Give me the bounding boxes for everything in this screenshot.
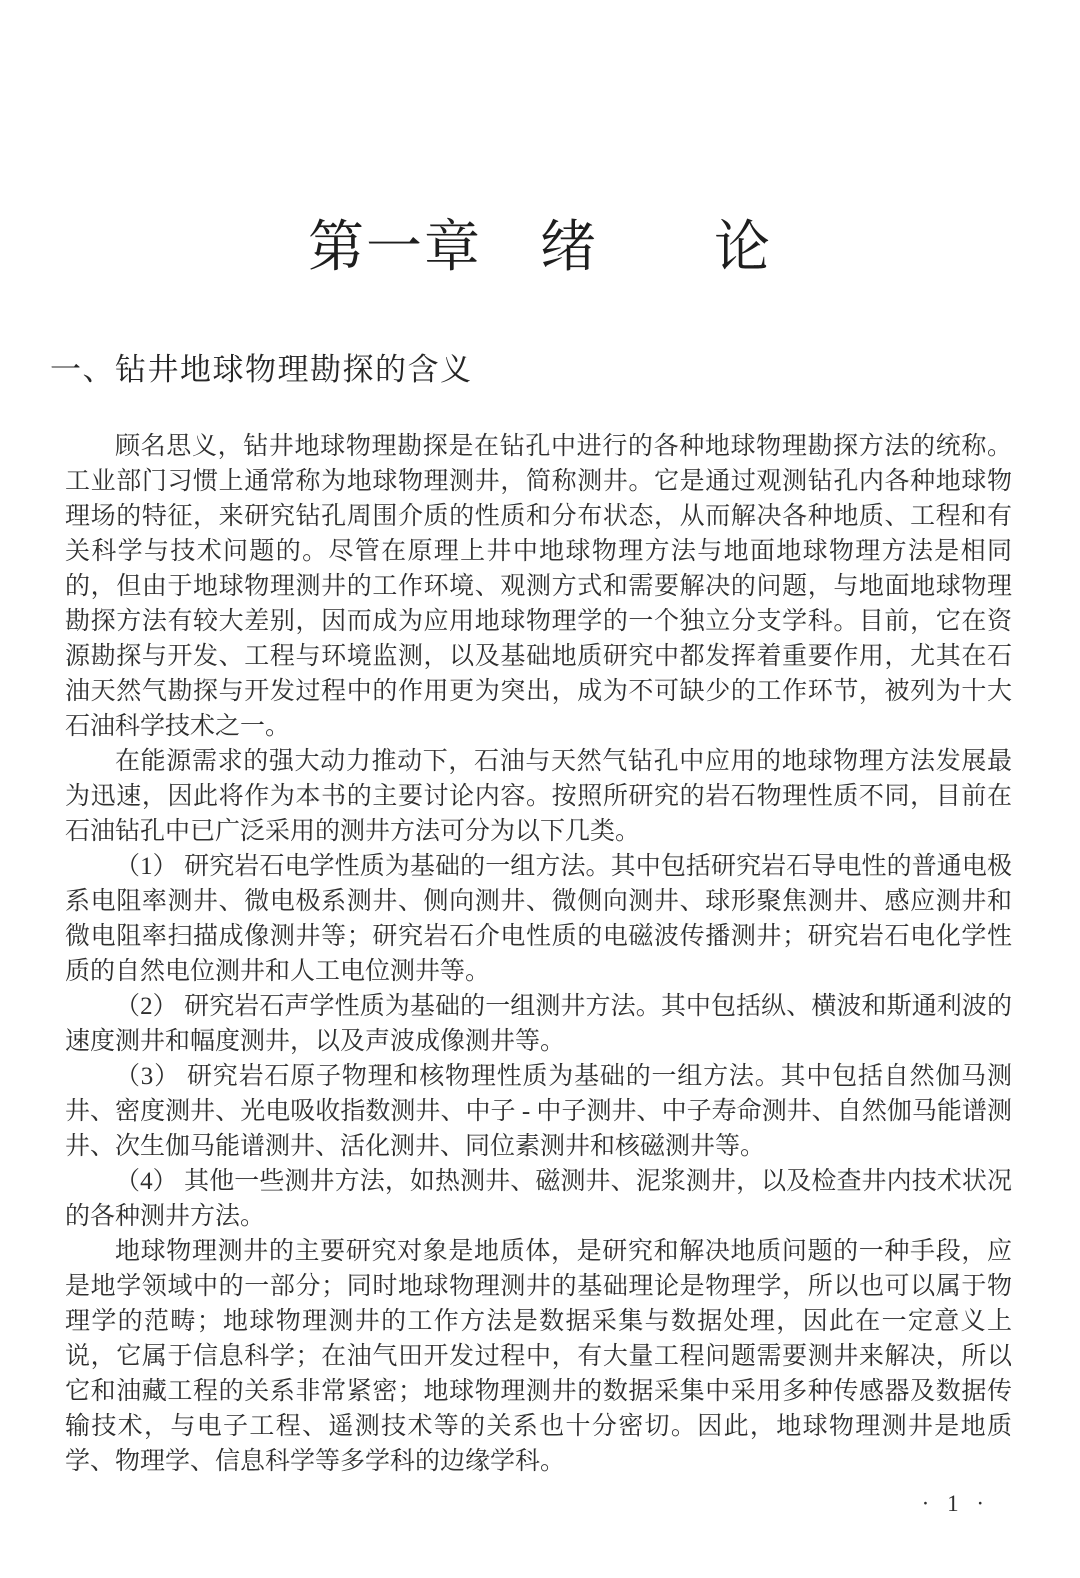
body-paragraph-item-3: （3） 研究岩石原子物理和核物理性质为基础的一组方法。其中包括自然伽马测井、密度…: [65, 1059, 1012, 1164]
body-text: 顾名思义，钻井地球物理勘探是在钻孔中进行的各种地球物理勘探方法的统称。工业部门习…: [0, 429, 1080, 1479]
body-paragraph-item-1: （1） 研究岩石电学性质为基础的一组方法。其中包括研究岩石导电性的普通电极系电阻…: [65, 849, 1012, 989]
body-paragraph-intro: 顾名思义，钻井地球物理勘探是在钻孔中进行的各种地球物理勘探方法的统称。工业部门习…: [65, 429, 1012, 744]
body-paragraph-summary: 地球物理测井的主要研究对象是地质体，是研究和解决地质问题的一种手段，应是地学领域…: [65, 1234, 1012, 1479]
document-page: 第一章 绪 论 一、钻井地球物理勘探的含义 顾名思义，钻井地球物理勘探是在钻孔中…: [0, 0, 1080, 1578]
body-paragraph-item-2: （2） 研究岩石声学性质为基础的一组测井方法。其中包括纵、横波和斯通利波的速度测…: [65, 989, 1012, 1059]
body-paragraph-energy: 在能源需求的强大动力推动下，石油与天然气钻孔中应用的地球物理方法发展最为迅速，因…: [65, 744, 1012, 849]
section-heading: 一、钻井地球物理勘探的含义: [0, 354, 1080, 385]
page-number: · 1 ·: [922, 1492, 990, 1515]
chapter-title: 第一章 绪 论: [0, 0, 1080, 276]
body-paragraph-item-4: （4） 其他一些测井方法，如热测井、磁测井、泥浆测井，以及检查井内技术状况的各种…: [65, 1164, 1012, 1234]
